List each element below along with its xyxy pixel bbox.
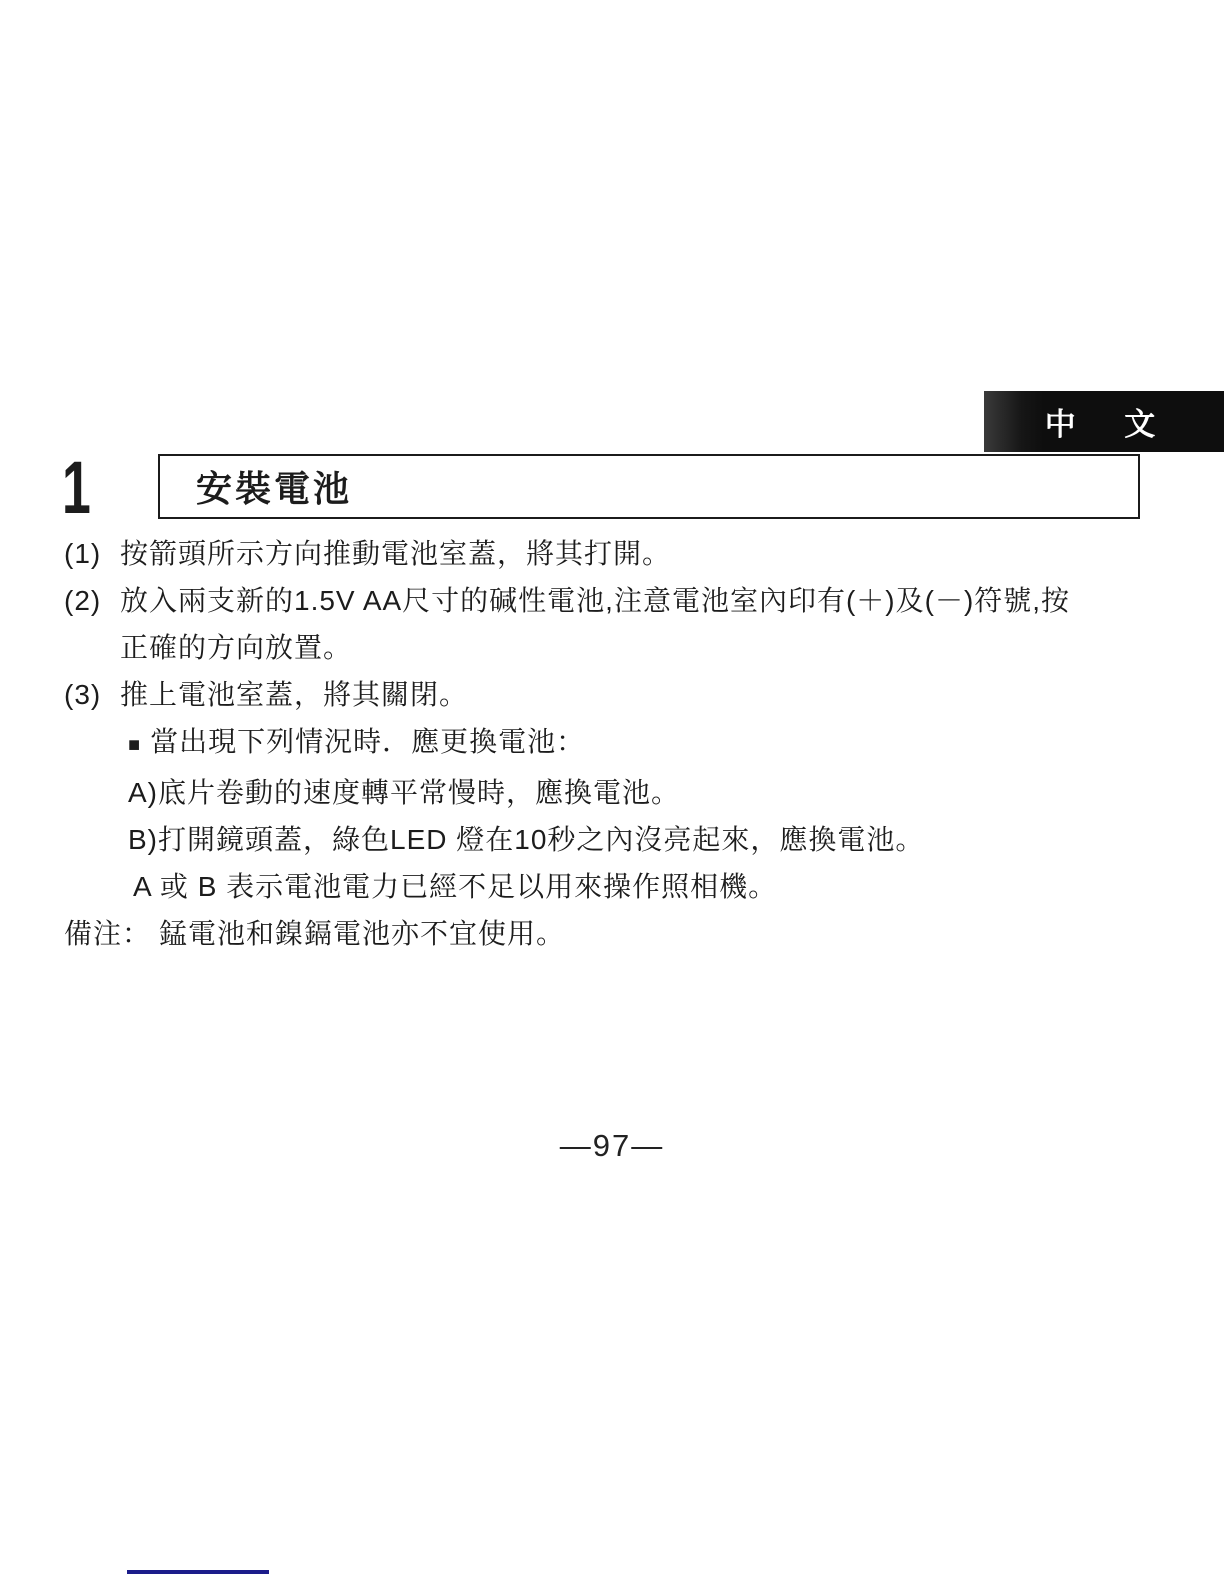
note-label: 備注： xyxy=(64,910,151,957)
battery-warning-heading: ■ 當出現下列情況時．應更換電池： xyxy=(64,718,1164,769)
step-1-text: 按箭頭所示方向推動電池室蓋，將其打開。 xyxy=(120,530,671,577)
step-3-label: (3) xyxy=(64,671,120,718)
section-title: 安裝電池 xyxy=(160,461,352,512)
section-title-box: 安裝電池 xyxy=(158,454,1140,519)
step-1: (1) 按箭頭所示方向推動電池室蓋，將其打開。 xyxy=(64,530,1164,577)
bottom-accent-line xyxy=(127,1570,269,1574)
step-3: (3) 推上電池室蓋，將其關閉。 xyxy=(64,671,1164,718)
condition-a: A)底片卷動的速度轉平常慢時，應換電池。 xyxy=(64,769,1164,816)
page-number: —97— xyxy=(0,1128,1224,1164)
manual-page: 中 文 1 安裝電池 (1) 按箭頭所示方向推動電池室蓋，將其打開。 (2) 放… xyxy=(0,0,1224,1584)
instruction-body: (1) 按箭頭所示方向推動電池室蓋，將其打開。 (2) 放入兩支新的1.5V A… xyxy=(64,530,1164,957)
step-2-label: (2) xyxy=(64,577,120,624)
note: 備注： 錳電池和鎳鎘電池亦不宜使用。 xyxy=(64,910,1164,957)
condition-b: B)打開鏡頭蓋，綠色LED 燈在10秒之內沒亮起來，應換電池。 xyxy=(64,816,1164,863)
step-1-label: (1) xyxy=(64,530,120,577)
step-2-text-line2: 正確的方向放置。 xyxy=(64,624,1164,671)
battery-warning-heading-text: 當出現下列情況時．應更換電池： xyxy=(150,718,585,765)
step-2-text-line1: 放入兩支新的1.5V AA尺寸的碱性電池,注意電池室內印有(＋)及(－)符號,按 xyxy=(120,577,1070,624)
language-tab-label: 中 文 xyxy=(1045,399,1164,444)
step-3-text: 推上電池室蓋，將其關閉。 xyxy=(120,671,468,718)
note-text: 錳電池和鎳鎘電池亦不宜使用。 xyxy=(159,910,565,957)
condition-conclusion: A 或 B 表示電池電力已經不足以用來操作照相機。 xyxy=(64,863,1164,910)
step-2: (2) 放入兩支新的1.5V AA尺寸的碱性電池,注意電池室內印有(＋)及(－)… xyxy=(64,577,1164,624)
square-bullet-icon: ■ xyxy=(128,722,141,769)
section-number: 1 xyxy=(62,452,91,524)
language-tab: 中 文 xyxy=(984,391,1224,452)
